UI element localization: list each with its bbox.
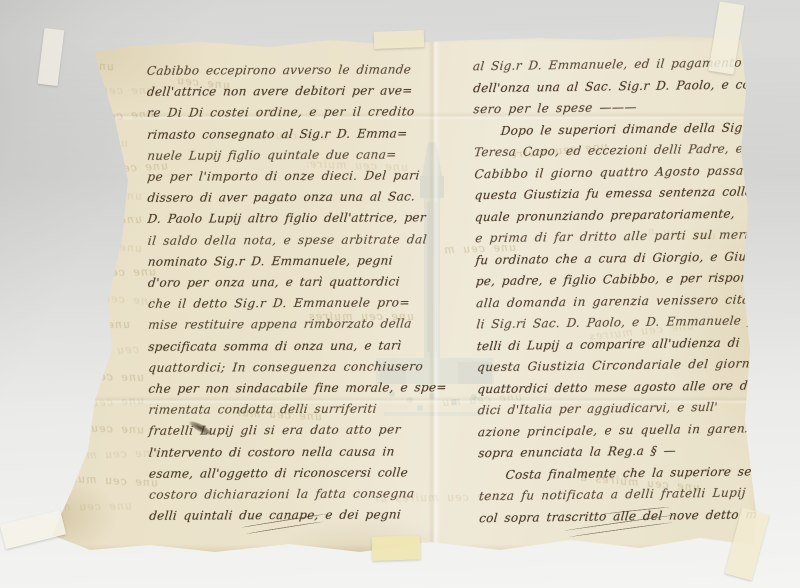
manuscript-line: che per non sindacabile fine morale, e s… bbox=[147, 377, 447, 400]
tape-strip-top-left bbox=[38, 28, 65, 86]
photograph-of-manuscript: une ceu muires anne celme urei mon aime … bbox=[0, 0, 800, 588]
manuscript-line: nuele Lupij figlio quintale due cana= bbox=[146, 144, 446, 167]
manuscript-line: dell'onza una al Sac. Sig.r D. Paolo, e … bbox=[472, 73, 796, 99]
manuscript-line: telli di Lupij a comparire all'udienza d… bbox=[476, 331, 800, 357]
manuscript-line: Cabibbo eccepirono avverso le dimande bbox=[146, 59, 446, 82]
ink-showthrough-line: une ceu muires anne celme urei mon aime … bbox=[49, 499, 132, 513]
manuscript-line: dissero di aver pagato onza una al Sac. bbox=[146, 186, 446, 209]
manuscript-line: alla domanda in garenzia venissero citat… bbox=[475, 288, 799, 314]
manuscript-line: quattordici detto mese agosto alle ore d… bbox=[476, 374, 800, 400]
tape-strip-top-center bbox=[374, 30, 425, 49]
ink-showthrough-line: une ceu muires anne celme urei mon aime … bbox=[68, 421, 144, 437]
manuscript-line: nominato Sig.r D. Emmanuele, pegni bbox=[147, 250, 447, 273]
ink-showthrough-line: une ceu muires anne celme urei mon aime … bbox=[53, 446, 158, 463]
ink-showthrough-line: une ceu muires anne celme urei mon aime … bbox=[51, 135, 128, 149]
manuscript-line: azione principale, e su quella in garenz… bbox=[477, 417, 800, 443]
ink-showthrough-line: une ceu muires anne celme urei mon aime … bbox=[69, 238, 143, 255]
manuscript-line: D. Paolo Lupij altro figlio dell'attrice… bbox=[147, 208, 447, 231]
manuscript-line: rimasto consegnato al Sig.r D. Emma= bbox=[146, 123, 446, 146]
foxing-spot bbox=[67, 480, 71, 484]
manuscript-line: costoro dichiarazioni la fatta consegna bbox=[148, 483, 448, 506]
manuscript-line: dici d'Italia per aggiudicarvi, e sull' bbox=[477, 396, 800, 422]
ink-showthrough-line: une ceu muires anne celme urei mon aime … bbox=[55, 84, 154, 97]
left-page-text: Cabibbo eccepirono avverso le dimandedel… bbox=[147, 59, 448, 527]
manuscript-line: pe, padre, e figlio Cabibbo, e per rispo… bbox=[475, 267, 799, 293]
manuscript-line: fu ordinato che a cura di Giorgio, e Giu… bbox=[475, 245, 799, 271]
ink-showthrough-line: une ceu muires anne celme urei mon aime … bbox=[65, 289, 157, 308]
manuscript-line: esame, all'oggetto di riconoscersi colle bbox=[148, 462, 448, 485]
manuscript-line: al Sig.r D. Emmanuele, ed il pagamento bbox=[472, 52, 796, 78]
manuscript-line: Cabibbo il giorno quattro Agosto passato… bbox=[473, 159, 797, 185]
ink-showthrough-line: une ceu muires anne celme urei mon aime … bbox=[58, 213, 142, 229]
manuscript-line: mise restituire appena rimborzato della bbox=[147, 314, 447, 337]
manuscript-line: Dopo le superiori dimande della Sig.ra D… bbox=[473, 116, 797, 142]
manuscript-line: Teresa Capo, ed eccezioni delli Padre, e… bbox=[473, 138, 797, 164]
manuscript-line: sero per le spese ——— bbox=[472, 95, 796, 121]
manuscript-line: re Di Di costei ordine, e per il credito bbox=[146, 102, 446, 125]
ink-showthrough-line: une ceu muires anne celme urei mon aime … bbox=[54, 265, 156, 280]
tape-strip-bottom-left bbox=[0, 510, 66, 549]
ink-showthrough-line: une ceu muires anne celme urei mon aime … bbox=[47, 186, 142, 202]
manuscript-line: sopra enunciata la Reg.a § — bbox=[477, 439, 800, 465]
right-page-text: al Sig.r D. Emmanuele, ed il pagamentode… bbox=[473, 52, 800, 529]
ink-showthrough-line: une ceu muires anne celme urei mon aime … bbox=[46, 369, 144, 384]
manuscript-line: il saldo della nota, e spese arbitrate d… bbox=[147, 229, 447, 252]
manuscript-line: e prima di far dritto alle parti sul mer… bbox=[474, 224, 798, 250]
manuscript-line: questa Giustizia fu emessa sentenza coll… bbox=[474, 181, 798, 207]
manuscript-line: specificata somma di onza una, e tarì bbox=[147, 335, 447, 358]
ink-showthrough-line: une ceu muires anne celme urei mon aime … bbox=[64, 472, 159, 490]
manuscript-line: pe per l'importo di onze dieci. Del pari bbox=[146, 165, 446, 188]
manuscript-line: quattordici; In conseguenza conchiusero bbox=[147, 356, 447, 379]
manuscript-line: li Sig.ri Sac. D. Paolo, e D. Emmanuele … bbox=[475, 310, 799, 336]
tape-strip-bottom-center bbox=[372, 535, 421, 561]
manuscript-line: rimentata condotta delli surriferiti bbox=[148, 398, 448, 421]
manuscript-line: quale pronunziando preparatoriamente, bbox=[474, 202, 798, 228]
manuscript-sheet: une ceu muires anne celme urei mon aime … bbox=[40, 30, 763, 558]
manuscript-line: l'intervento di costoro nella causa in bbox=[148, 441, 448, 464]
manuscript-line: che il detto Sig.r D. Emmanuele pro= bbox=[147, 292, 447, 315]
manuscript-line: d'oro per onza una, e tarì quattordici bbox=[147, 271, 447, 294]
manuscript-line: dell'attrice non avere debitori per ave= bbox=[146, 80, 446, 103]
ink-showthrough-line: une ceu muires anne celme urei mon aime … bbox=[50, 318, 130, 331]
manuscript-line: questa Giustizia Circondariale del giorn… bbox=[476, 353, 800, 379]
